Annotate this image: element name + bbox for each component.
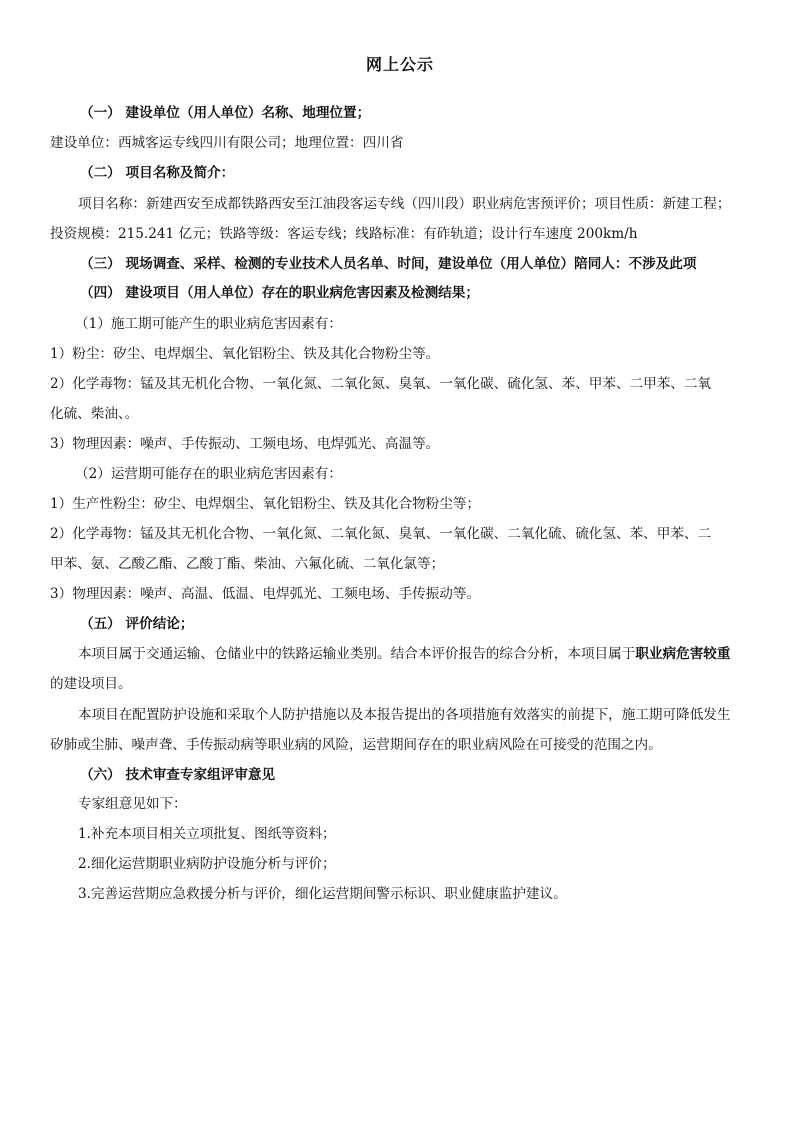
- paragraph-line: 2.细化运营期职业病防护设施分析与评价；: [78, 855, 336, 873]
- section-heading-4: （四） 建设项目（用人单位）存在的职业病危害因素及检测结果；: [80, 284, 479, 302]
- paragraph-line: 矽肺或尘肺、噪声聋、手传振动病等职业病的风险，运营期间存在的职业病风险在可接受的…: [50, 736, 662, 754]
- section-heading-2: （二） 项目名称及简介：: [80, 164, 234, 182]
- paragraph-line: 3.完善运营期应急救援分析与评价，细化运营期间警示标识、职业健康监护建议。: [78, 885, 567, 903]
- conclusion-text: 本项目属于交通运输、仓储业中的铁路运输业类别。结合本评价报告的综合分析，本项目属…: [78, 646, 635, 662]
- paragraph-line: 投资规模：215.241 亿元；铁路等级：客运专线；线路标准：有砟轨道；设计行车…: [50, 225, 637, 243]
- paragraph-line: 化硫、柴油、。: [50, 405, 138, 423]
- paragraph-line: 本项目属于交通运输、仓储业中的铁路运输业类别。结合本评价报告的综合分析，本项目属…: [78, 645, 731, 663]
- paragraph-line: 的建设项目。: [50, 675, 132, 693]
- section-heading-1: （一） 建设单位（用人单位）名称、地理位置；: [80, 104, 370, 122]
- paragraph-line: 3）物理因素：噪声、手传振动、工频电场、电焊弧光、高温等。: [50, 435, 439, 453]
- paragraph-line: 项目名称：新建西安至成都铁路西安至江油段客运专线（四川段）职业病危害预评价；项目…: [78, 195, 731, 213]
- section-heading-5: （五） 评价结论；: [80, 615, 193, 633]
- paragraph-line: 3）物理因素：噪声、高温、低温、电焊弧光、工频电场、手传振动等。: [50, 585, 480, 603]
- section-heading-3: （三） 现场调查、采样、检测的专业技术人员名单、时间，建设单位（用人单位）陪同人…: [80, 255, 696, 273]
- paragraph-line: （2）运营期可能存在的职业病危害因素有：: [75, 465, 342, 483]
- paragraph-line: 1）生产性粉尘：矽尘、电焊烟尘、氧化铝粉尘、铁及其化合物粉尘等；: [50, 495, 480, 513]
- document-page: 网上公示 （一） 建设单位（用人单位）名称、地理位置； 建设单位：西城客运专线四…: [0, 0, 800, 1131]
- paragraph-line: 甲苯、氨、乙酸乙酯、乙酸丁酯、柴油、六氟化硫、二氧化氯等；: [50, 555, 444, 573]
- paragraph-line: 2）化学毒物：锰及其无机化合物、一氧化氮、二氧化氮、臭氧、一氧化碳、硫化氢、苯、…: [50, 375, 711, 393]
- paragraph-line: 1.补充本项目相关立项批复、图纸等资料；: [78, 825, 336, 843]
- paragraph-line: 2）化学毒物：锰及其无机化合物、一氧化氮、二氧化氮、臭氧、一氧化碳、二氧化硫、硫…: [50, 525, 711, 543]
- document-title: 网上公示: [0, 52, 800, 75]
- paragraph-line: 1）粉尘：矽尘、电焊烟尘、氧化铝粉尘、铁及其化合物粉尘等。: [50, 345, 439, 363]
- paragraph-line: （1）施工期可能产生的职业病危害因素有：: [75, 315, 342, 333]
- paragraph-line: 本项目在配置防护设施和采取个人防护措施以及本报告提出的各项措施有效落实的前提下，…: [78, 706, 731, 724]
- section-heading-6: （六） 技术审查专家组评审意见: [80, 766, 275, 784]
- conclusion-emphasis: 职业病危害较重: [635, 646, 730, 662]
- paragraph-line: 专家组意见如下：: [78, 795, 187, 813]
- paragraph-line: 建设单位：西城客运专线四川有限公司；地理位置：四川省: [50, 134, 403, 152]
